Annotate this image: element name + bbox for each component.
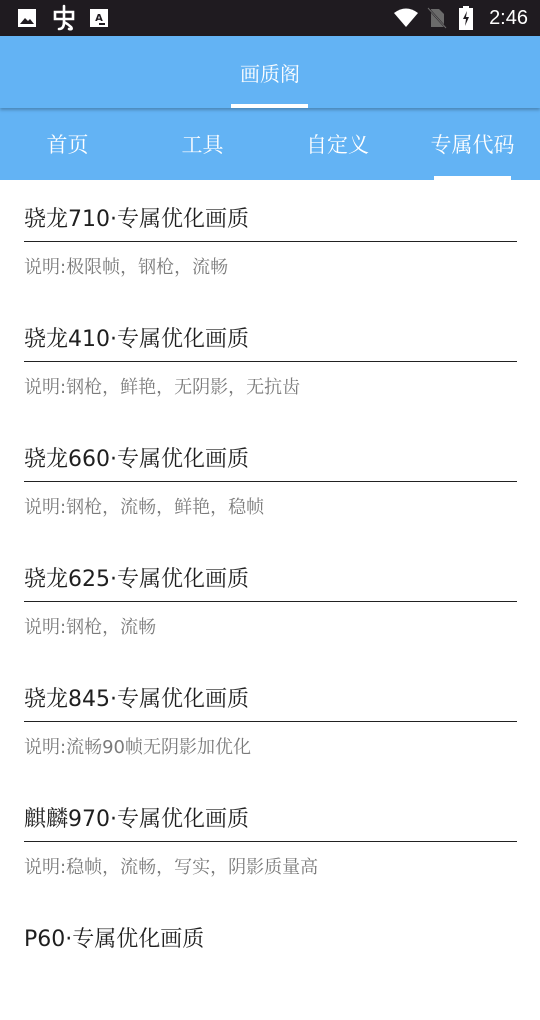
item-divider [24,361,517,362]
tab-tools[interactable]: 工具 [135,108,270,180]
item-divider [24,721,517,722]
item-description: 说明:钢枪，流畅，鲜艳，稳帧 [24,493,264,519]
item-title: 骁龙625·专属优化画质 [24,562,249,593]
tab-bar: 首页 工具 自定义 专属代码 [0,108,540,180]
item-title: 麒麟970·专属优化画质 [24,802,249,833]
tab-label: 工具 [182,129,224,159]
tab-label: 自定义 [306,129,369,159]
list-item[interactable]: 骁龙710·专属优化画质 说明:极限帧，钢枪，流畅 [0,180,540,300]
battery-charging-icon [458,0,474,36]
list-item[interactable]: P60·专属优化画质 [0,900,540,960]
gallery-icon [16,0,38,36]
app-title-indicator [231,104,308,108]
item-title: P60·专属优化画质 [24,922,204,953]
item-title: 骁龙845·专属优化画质 [24,682,249,713]
item-title: 骁龙710·专属优化画质 [24,202,249,233]
item-description: 说明:极限帧，钢枪，流畅 [24,253,228,279]
list-item[interactable]: 骁龙625·专属优化画质 说明:钢枪，流畅 [0,540,540,660]
item-title: 骁龙410·专属优化画质 [24,322,249,353]
tab-label: 首页 [47,129,89,159]
item-description: 说明:钢枪，流畅 [24,613,156,639]
list-item[interactable]: 骁龙410·专属优化画质 说明:钢枪，鲜艳，无阴影，无抗齿 [0,300,540,420]
item-description: 说明:钢枪，鲜艳，无阴影，无抗齿 [24,373,300,399]
list-item[interactable]: 麒麟970·专属优化画质 说明:稳帧，流畅，写实，阴影质量高 [0,780,540,900]
app-bar: 画质阁 [0,36,540,108]
item-divider [24,841,517,842]
item-title: 骁龙660·专属优化画质 [24,442,249,473]
tab-custom[interactable]: 自定义 [270,108,405,180]
list-item[interactable]: 骁龙660·专属优化画质 说明:钢枪，流畅，鲜艳，稳帧 [0,420,540,540]
tab-home[interactable]: 首页 [0,108,135,180]
item-divider [24,481,517,482]
list-item[interactable]: 骁龙845·专属优化画质 说明:流畅90帧无阴影加优化 [0,660,540,780]
item-description: 说明:稳帧，流畅，写实，阴影质量高 [24,853,318,879]
tab-exclusive-code[interactable]: 专属代码 [405,108,540,180]
item-divider [24,601,517,602]
item-description: 说明:流畅90帧无阴影加优化 [24,733,251,759]
app-title[interactable]: 画质阁 [0,58,540,87]
bug-app-icon [50,0,78,36]
no-sim-icon [426,0,448,36]
tab-label: 专属代码 [431,129,515,159]
status-bar: A 2:46 [0,0,540,36]
status-time: 2:46 [489,0,528,36]
svg-text:A: A [95,13,103,24]
accessibility-font-icon: A [89,0,109,36]
item-divider [24,241,517,242]
wifi-icon [393,0,419,36]
tab-selected-indicator [434,176,511,180]
